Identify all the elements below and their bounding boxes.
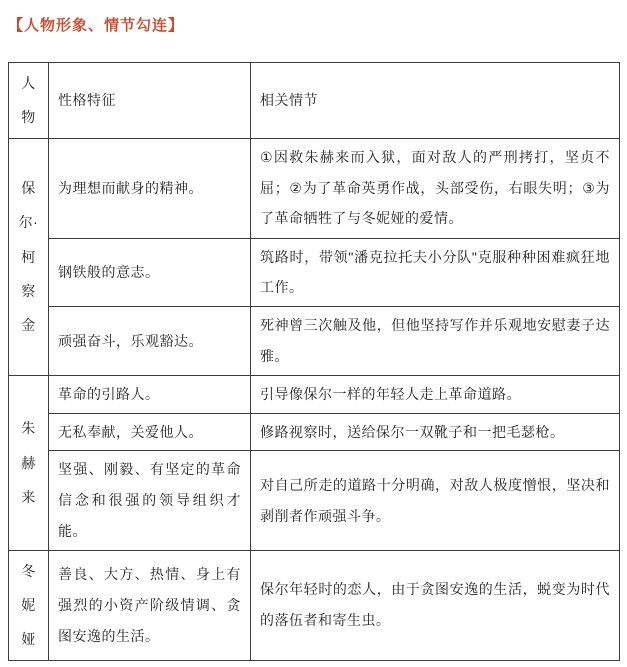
character-name-line: 保 xyxy=(18,171,39,205)
character-name-tonya: 冬 妮 娅 xyxy=(9,550,49,660)
table-row: 钢铁般的意志。 筑路时，带领"潘克拉托夫小分队"克服种种困难疯狂地工作。 xyxy=(9,238,620,307)
trait-cell: 钢铁般的意志。 xyxy=(49,238,251,307)
table-header-row: 人 物 性格特征 相关情节 xyxy=(9,63,620,139)
character-name-line: 金 xyxy=(18,308,39,342)
header-character-line: 物 xyxy=(18,100,39,134)
trait-cell: 顽强奋斗，乐观豁达。 xyxy=(49,307,251,376)
plot-cell: 保尔年轻时的恋人，由于贪图安逸的生活，蜕变为时代的落伍者和寄生虫。 xyxy=(251,550,620,660)
character-name-pavel-korchagin: 保 尔· 柯 察 金 xyxy=(9,138,49,375)
header-cell-character: 人 物 xyxy=(9,63,49,139)
trait-cell: 无私奉献，关爱他人。 xyxy=(49,413,251,451)
character-name-line: 朱 xyxy=(18,411,39,445)
trait-cell: 为理想而献身的精神。 xyxy=(49,138,251,238)
header-character-line: 人 xyxy=(18,66,39,100)
character-name-line: 来 xyxy=(18,480,39,514)
plot-cell: ①因救朱赫来而入狱，面对敌人的严刑拷打，坚贞不屈；②为了革命英勇作战，头部受伤，… xyxy=(251,138,620,238)
header-cell-plot: 相关情节 xyxy=(251,63,620,139)
page-title: 【人物形象、情节勾连】 xyxy=(8,14,619,35)
table-row: 保 尔· 柯 察 金 为理想而献身的精神。 ①因救朱赫来而入狱，面对敌人的严刑拷… xyxy=(9,138,620,238)
character-name-line: 妮 xyxy=(18,588,39,622)
plot-cell: 对自己所走的道路十分明确，对敌人极度憎恨，坚决和剥削者作顽强斗争。 xyxy=(251,451,620,550)
plot-cell: 引导像保尔一样的年轻人走上革命道路。 xyxy=(251,375,620,413)
table-row: 顽强奋斗，乐观豁达。 死神曾三次触及他，但他坚持写作并乐观地安慰妻子达雅。 xyxy=(9,307,620,376)
character-name-line: 柯 xyxy=(18,240,39,274)
trait-cell: 善良、大方、热情、身上有强烈的小资产阶级情调、贪图安逸的生活。 xyxy=(49,550,251,660)
character-name-zhu-helai: 朱 赫 来 xyxy=(9,375,49,550)
character-name-line: 察 xyxy=(18,274,39,308)
character-table: 人 物 性格特征 相关情节 保 尔· 柯 察 金 为理想而献身的精神。 ①因救朱… xyxy=(8,62,620,661)
trait-cell: 坚强、刚毅、有坚定的革命信念和很强的领导组织才能。 xyxy=(49,451,251,550)
character-name-line: 冬 xyxy=(18,554,39,588)
character-name-line: 尔· xyxy=(18,205,39,239)
character-name-line: 娅 xyxy=(18,622,39,656)
plot-cell: 筑路时，带领"潘克拉托夫小分队"克服种种困难疯狂地工作。 xyxy=(251,238,620,307)
trait-cell: 革命的引路人。 xyxy=(49,375,251,413)
table-row: 冬 妮 娅 善良、大方、热情、身上有强烈的小资产阶级情调、贪图安逸的生活。 保尔… xyxy=(9,550,620,660)
table-row: 朱 赫 来 革命的引路人。 引导像保尔一样的年轻人走上革命道路。 xyxy=(9,375,620,413)
table-row: 无私奉献，关爱他人。 修路视察时，送给保尔一双靴子和一把毛瑟枪。 xyxy=(9,413,620,451)
character-name-line: 赫 xyxy=(18,446,39,480)
page: 【人物形象、情节勾连】 人 物 性格特征 相关情节 保 尔· 柯 察 金 xyxy=(0,0,627,667)
header-cell-trait: 性格特征 xyxy=(49,63,251,139)
plot-cell: 死神曾三次触及他，但他坚持写作并乐观地安慰妻子达雅。 xyxy=(251,307,620,376)
table-row: 坚强、刚毅、有坚定的革命信念和很强的领导组织才能。 对自己所走的道路十分明确，对… xyxy=(9,451,620,550)
plot-cell: 修路视察时，送给保尔一双靴子和一把毛瑟枪。 xyxy=(251,413,620,451)
